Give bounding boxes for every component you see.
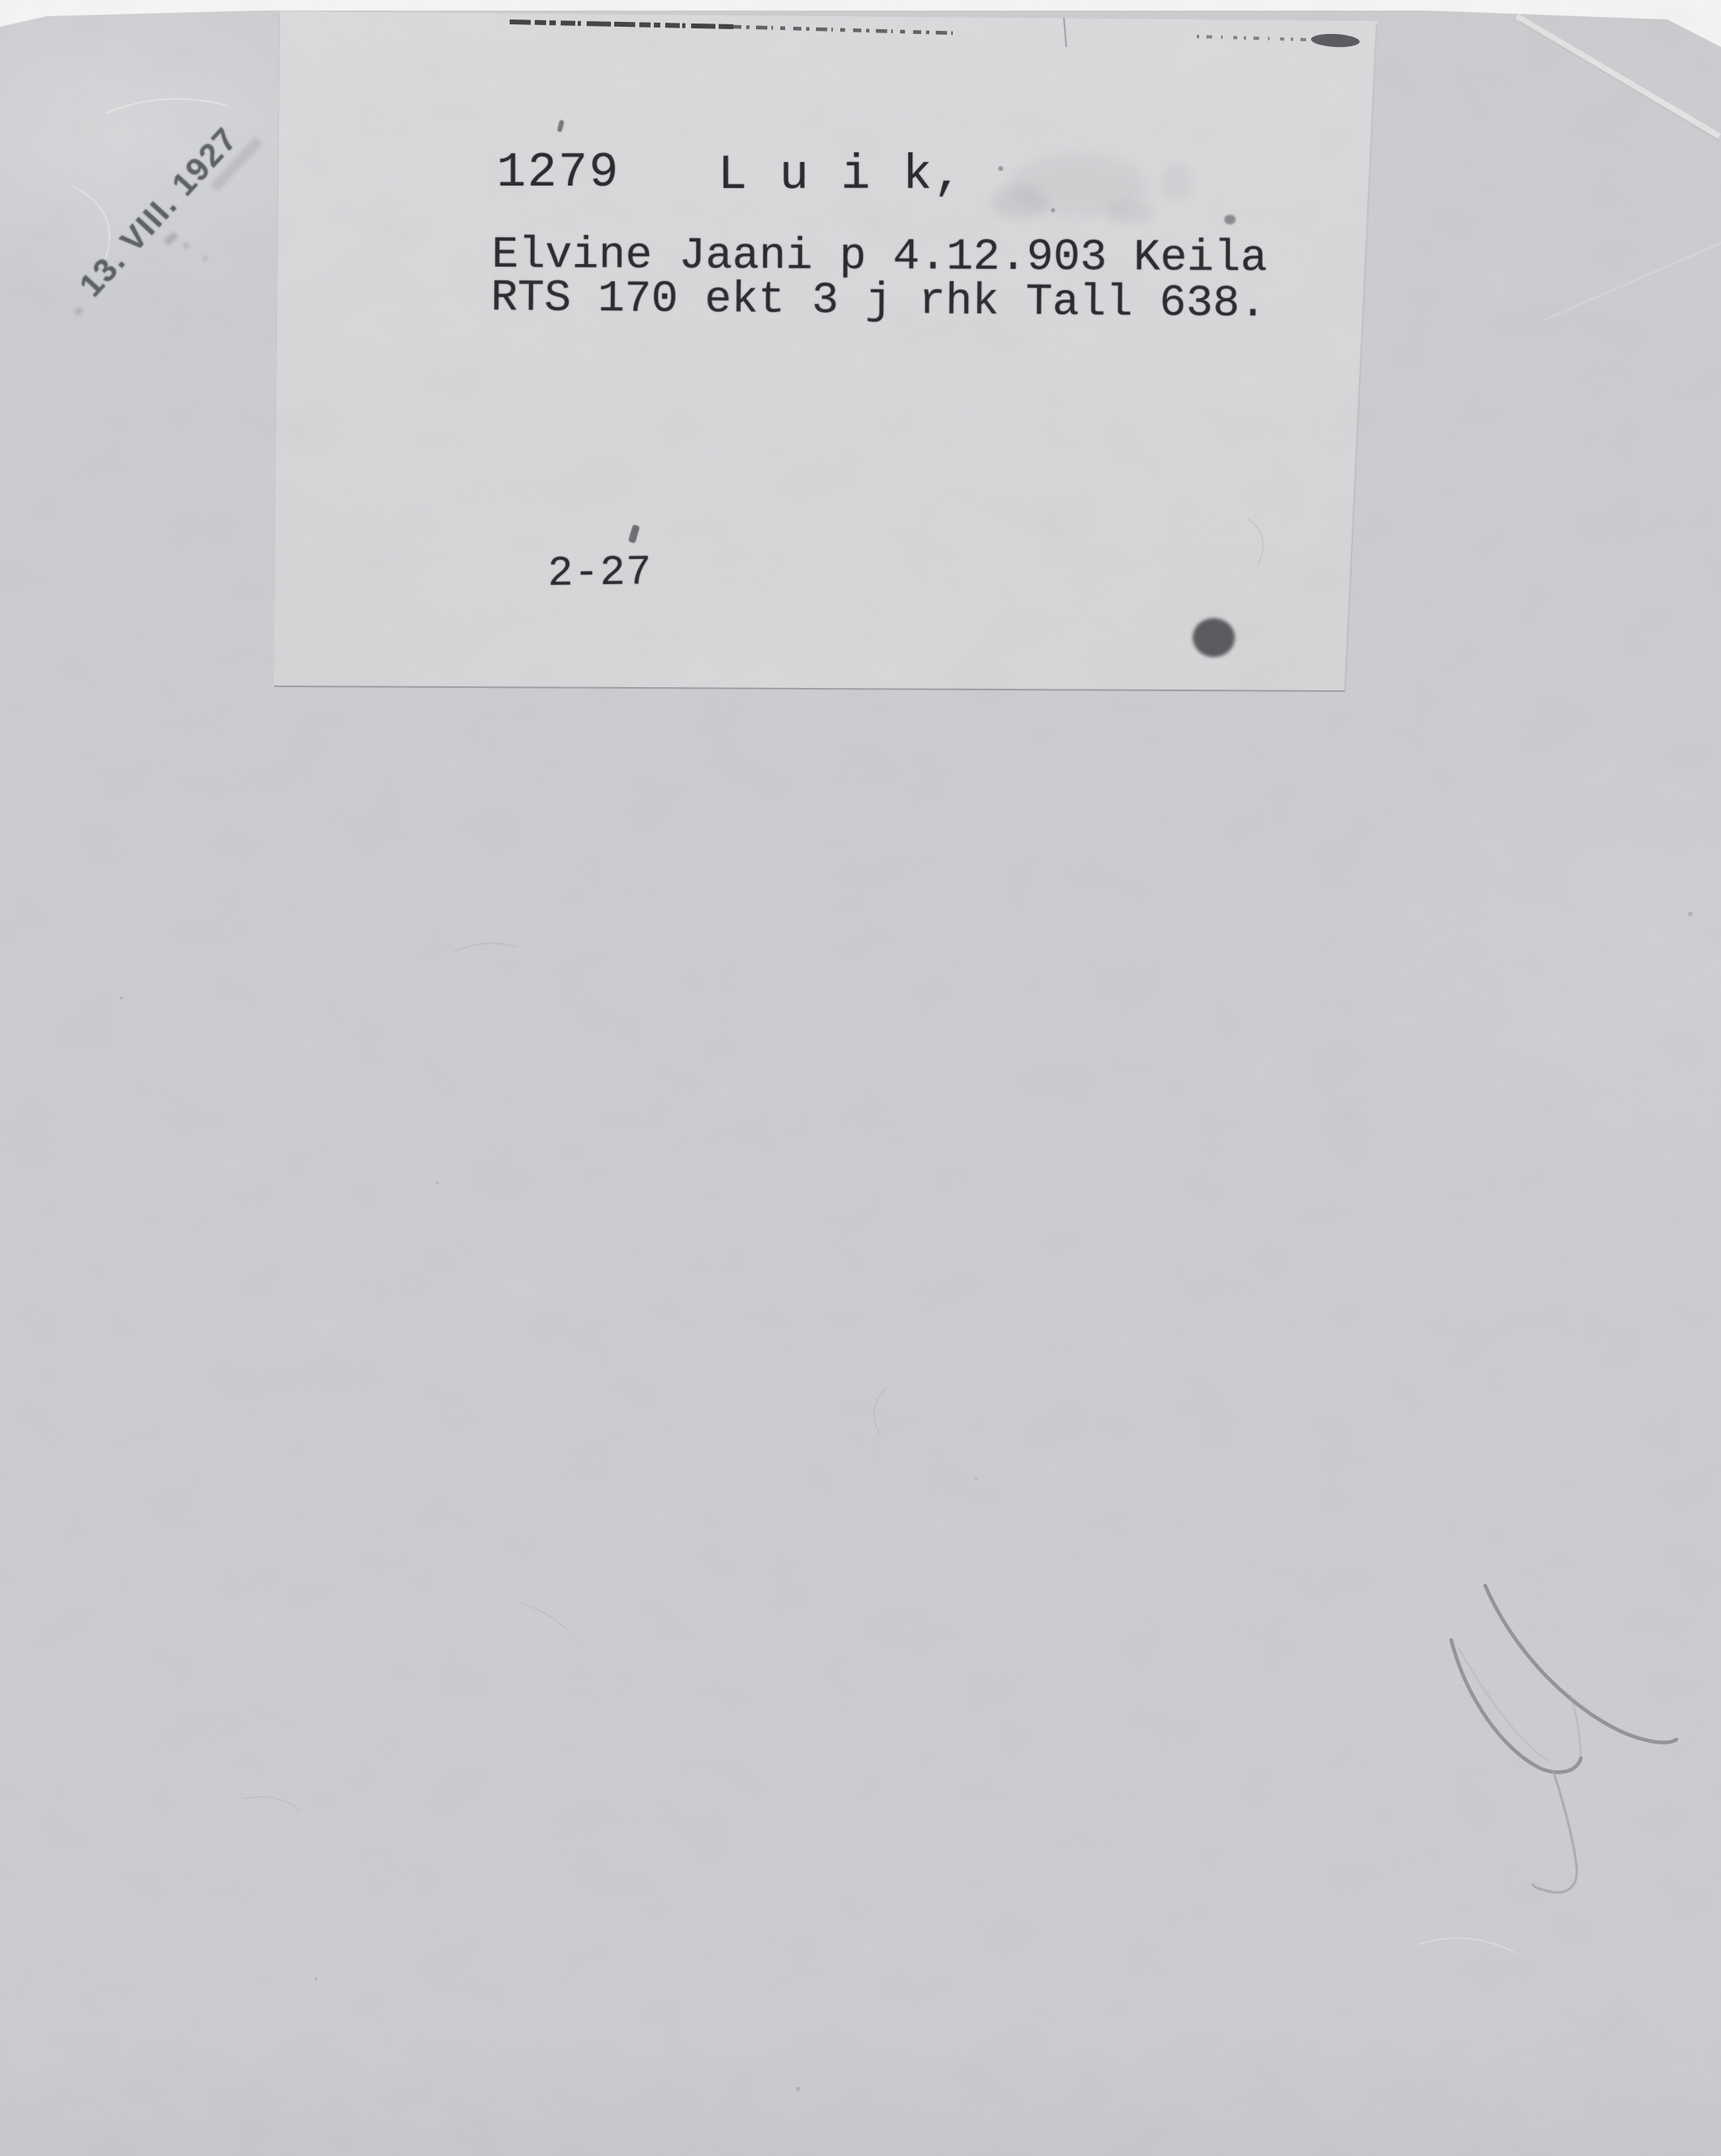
ink-fleck [1224, 215, 1236, 224]
ink-fleck [998, 166, 1003, 171]
scanned-document: 1279 L u i k, Elvine Jaani p 4.12.903 Ke… [0, 0, 1721, 2156]
code-text: 2-27 [548, 552, 653, 596]
stamp-fragment [203, 256, 207, 261]
smudge-spot [991, 186, 1048, 219]
record-details-text: RTS 170 ekt 3 j rhk Tall 638. [491, 275, 1267, 327]
card-number-text: 1279 [497, 149, 620, 198]
surname-text: L u i k, [718, 152, 964, 200]
ink-fleck [1051, 208, 1055, 212]
smudge-spot [1160, 162, 1193, 203]
smudge-spot [1106, 200, 1155, 224]
ink-blot [1193, 618, 1235, 657]
stamp-fragment [183, 243, 189, 249]
